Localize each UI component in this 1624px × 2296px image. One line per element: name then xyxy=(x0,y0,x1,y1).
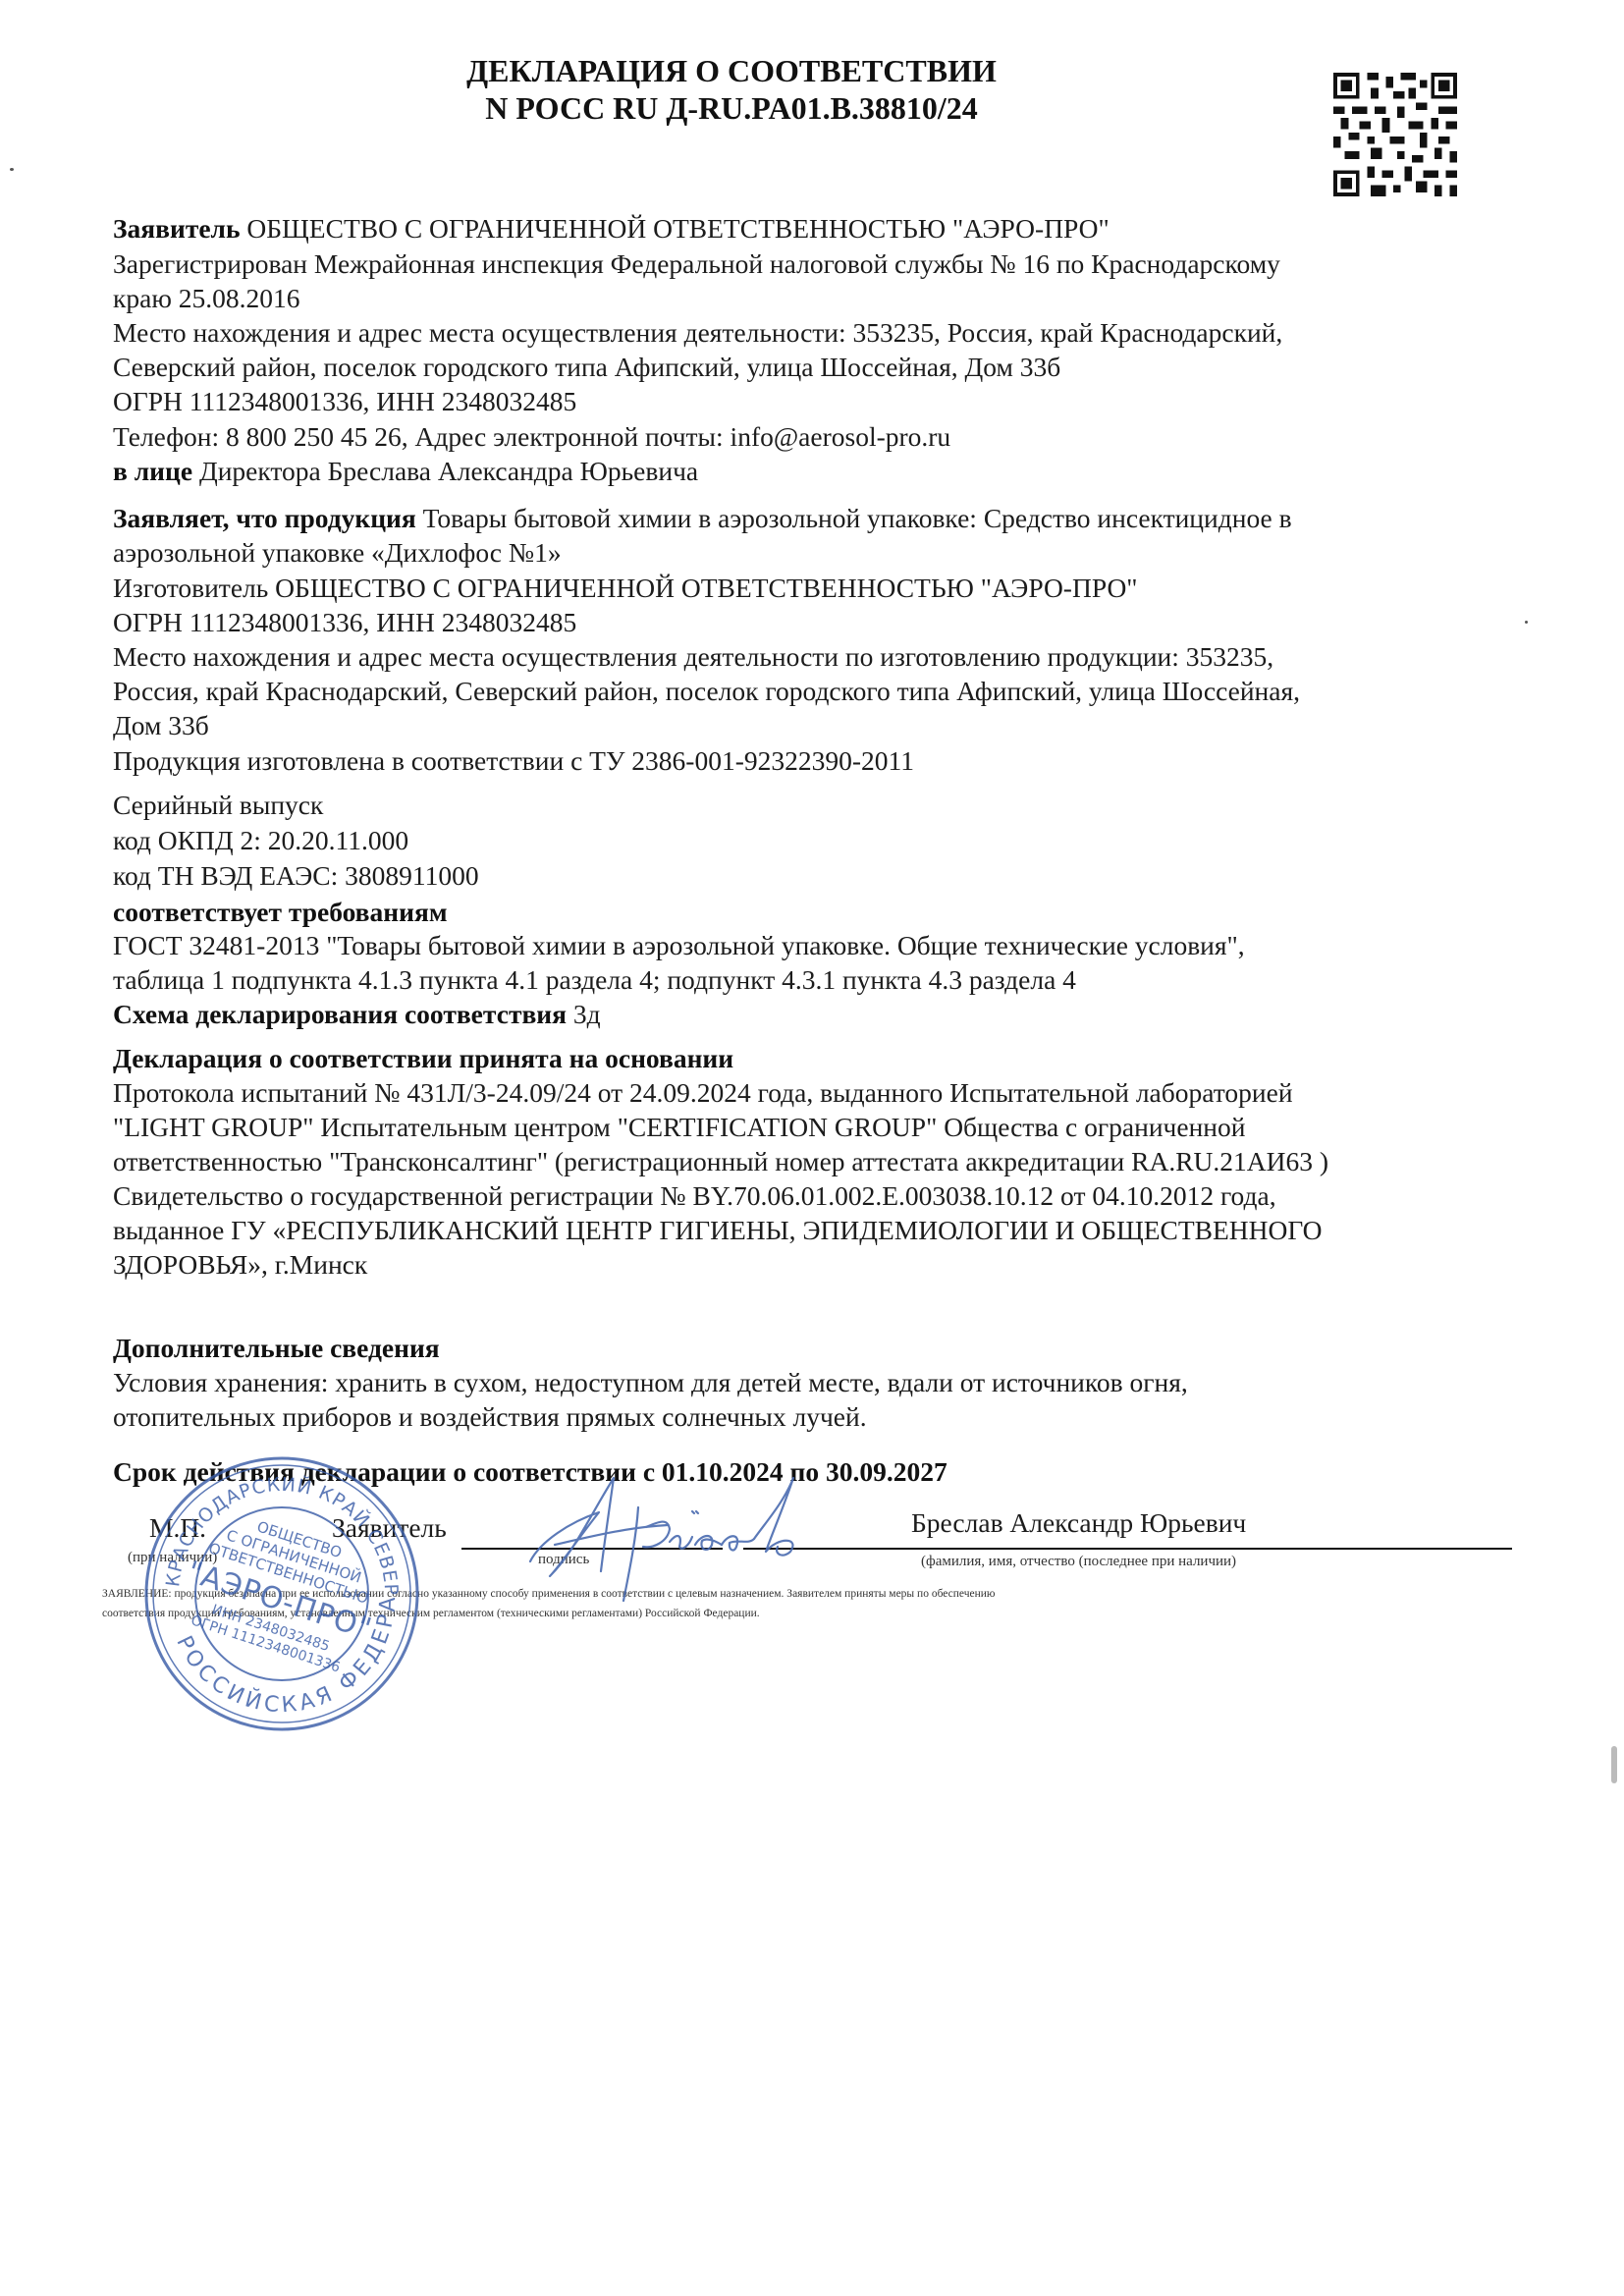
basis-line-2: "LIGHT GROUP" Испытательным центром "CER… xyxy=(113,1111,1245,1144)
product-desc-2: аэрозольной упаковке «Дихлофос №1» xyxy=(113,536,562,570)
applicant-registered-2: краю 25.08.2016 xyxy=(113,282,300,315)
basis-line-5: выданное ГУ «РЕСПУБЛИКАНСКИЙ ЦЕНТР ГИГИЕ… xyxy=(113,1214,1322,1247)
basis-heading: Декларация о соответствии принята на осн… xyxy=(113,1043,733,1073)
product-line-1: Заявляет, что продукция Товары бытовой х… xyxy=(113,502,1292,535)
manufacturer: Изготовитель ОБЩЕСТВО С ОГРАНИЧЕННОЙ ОТВ… xyxy=(113,572,1138,605)
scheme-line: Схема декларирования соответствия 3д xyxy=(113,998,601,1031)
mfg-address-2: Россия, край Краснодарский, Северский ра… xyxy=(113,675,1300,708)
signatory-name: Бреслав Александр Юрьевич xyxy=(911,1506,1246,1540)
basis-line-6: ЗДОРОВЬЯ», г.Минск xyxy=(113,1248,367,1282)
represented-label: в лице xyxy=(113,456,192,486)
product-desc-1: Товары бытовой химии в аэрозольной упако… xyxy=(416,503,1292,533)
declaration-number: N РОСС RU Д-RU.PA01.B.38810/24 xyxy=(0,90,1463,127)
okpd2-code: код ОКПД 2: 20.20.11.000 xyxy=(113,824,408,857)
qr-code-icon xyxy=(1330,73,1460,196)
name-line xyxy=(743,1548,1512,1550)
applicant-represented: в лице Директора Бреслава Александра Юрь… xyxy=(113,455,698,488)
scan-speck xyxy=(10,168,14,171)
basis-label: Декларация о соответствии принята на осн… xyxy=(113,1042,733,1075)
mfg-address-3: Дом 33б xyxy=(113,709,209,742)
scheme-value: 3д xyxy=(567,999,601,1029)
additional-line-2: отопительных приборов и воздействия прям… xyxy=(113,1400,867,1434)
manufacturer-ogrn-inn: ОГРН 1112348001336, ИНН 2348032485 xyxy=(113,606,576,639)
applicant-line: Заявитель ОБЩЕСТВО С ОГРАНИЧЕННОЙ ОТВЕТС… xyxy=(113,212,1110,246)
applicant-address-2: Северский район, поселок городского типа… xyxy=(113,351,1060,384)
made-per-tu: Продукция изготовлена в соответствии с Т… xyxy=(113,744,914,778)
additional-line-1: Условия хранения: хранить в сухом, недос… xyxy=(113,1366,1188,1399)
company-stamp-icon: КРАСНОДАРСКИЙ КРАЙ СЕВЕРСКИЙ РАЙОН РОССИ… xyxy=(139,1451,424,1736)
applicant-label: Заявитель xyxy=(113,213,241,244)
basis-line-3: ответственностью "Трансконсалтинг" (реги… xyxy=(113,1145,1328,1178)
scan-speck xyxy=(1525,621,1528,624)
requirements-line-2: таблица 1 подпункта 4.1.3 пункта 4.1 раз… xyxy=(113,963,1076,997)
handwritten-signature-icon xyxy=(520,1468,854,1606)
requirements-heading: соответствует требованиям xyxy=(113,897,448,927)
represented-by: Директора Бреслава Александра Юрьевича xyxy=(192,456,698,486)
scan-speck xyxy=(1611,1746,1617,1783)
basis-line-1: Протокола испытаний № 431Л/3-24.09/24 от… xyxy=(113,1076,1293,1110)
serial-release: Серийный выпуск xyxy=(113,789,323,822)
product-label: Заявляет, что продукция xyxy=(113,503,416,533)
mfg-address-1: Место нахождения и адрес места осуществл… xyxy=(113,640,1273,674)
additional-label: Дополнительные сведения xyxy=(113,1332,440,1365)
basis-line-4: Свидетельство о государственной регистра… xyxy=(113,1179,1276,1213)
applicant-registered-1: Зарегистрирован Межрайонная инспекция Фе… xyxy=(113,247,1280,281)
requirements-line-1: ГОСТ 32481-2013 "Товары бытовой химии в … xyxy=(113,929,1245,962)
applicant-ogrn-inn: ОГРН 1112348001336, ИНН 2348032485 xyxy=(113,385,576,418)
tn-ved-code: код ТН ВЭД ЕАЭС: 3808911000 xyxy=(113,859,479,893)
applicant-name: ОБЩЕСТВО С ОГРАНИЧЕННОЙ ОТВЕТСТВЕННОСТЬЮ… xyxy=(241,213,1110,244)
applicant-address-1: Место нахождения и адрес места осуществл… xyxy=(113,316,1282,350)
name-caption: (фамилия, имя, отчество (последнее при н… xyxy=(921,1554,1236,1570)
additional-heading: Дополнительные сведения xyxy=(113,1333,440,1363)
declaration-title: ДЕКЛАРАЦИЯ О СООТВЕТСТВИИ xyxy=(0,53,1463,89)
applicant-contacts: Телефон: 8 800 250 45 26, Адрес электрон… xyxy=(113,420,950,454)
requirements-label: соответствует требованиям xyxy=(113,896,448,929)
scheme-label: Схема декларирования соответствия xyxy=(113,999,567,1029)
